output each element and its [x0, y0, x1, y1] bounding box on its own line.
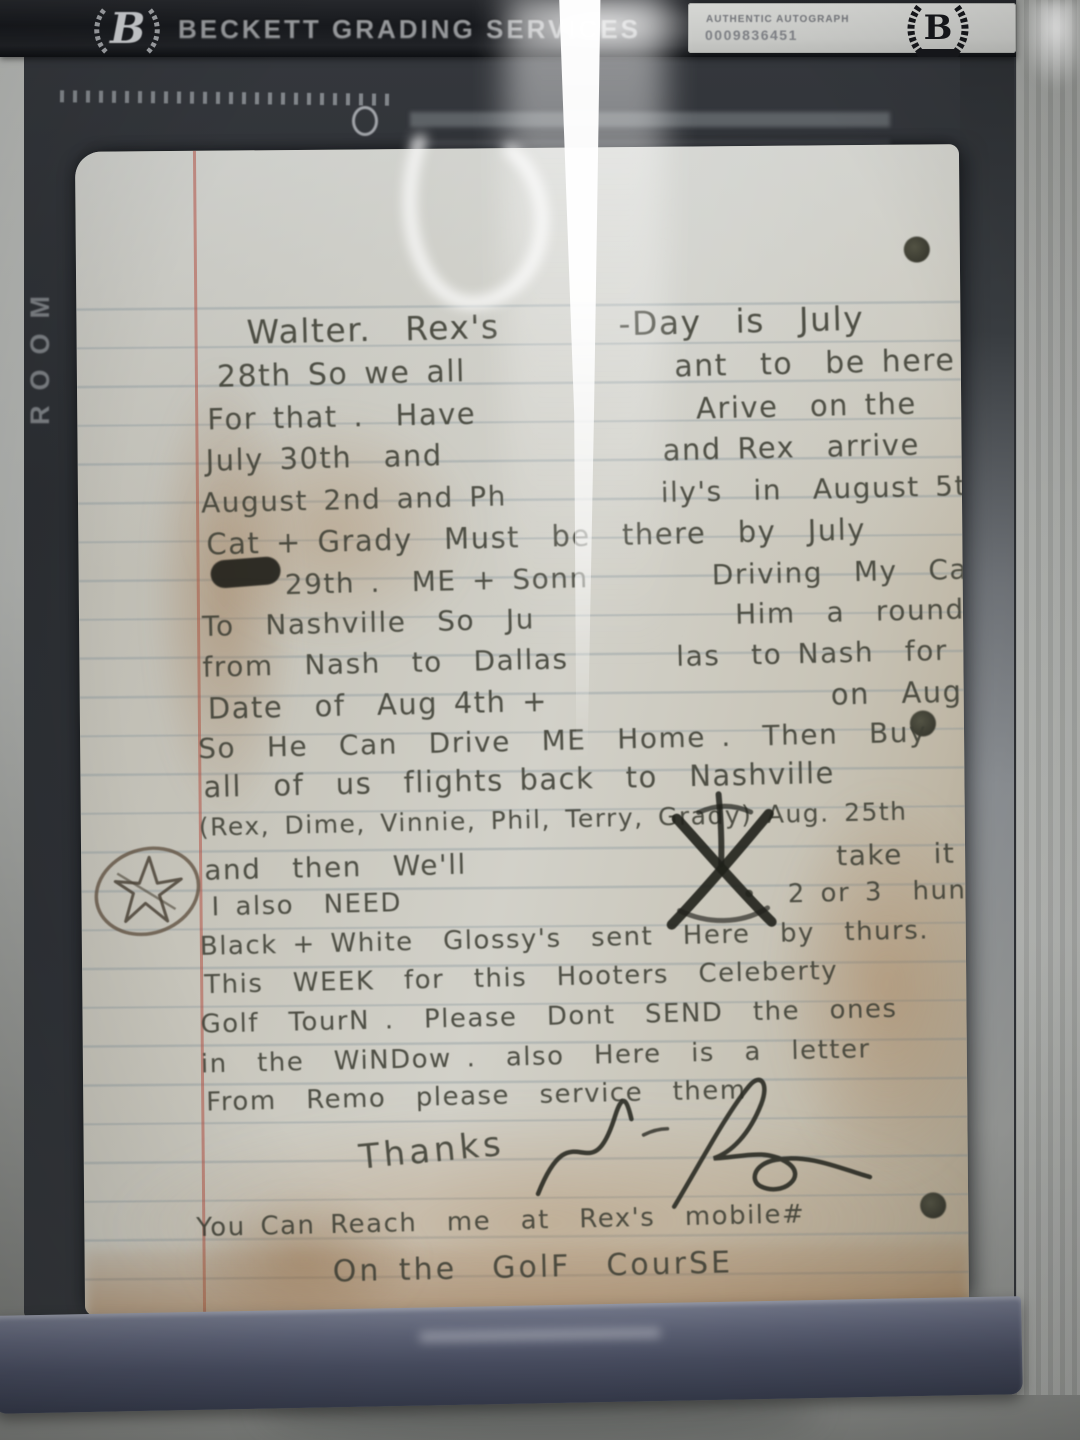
photo-vignette	[0, 0, 1080, 1440]
photo-of-slabbed-letter: ROOM Walter. Rex's -Day is July28th So w…	[0, 0, 1080, 1440]
